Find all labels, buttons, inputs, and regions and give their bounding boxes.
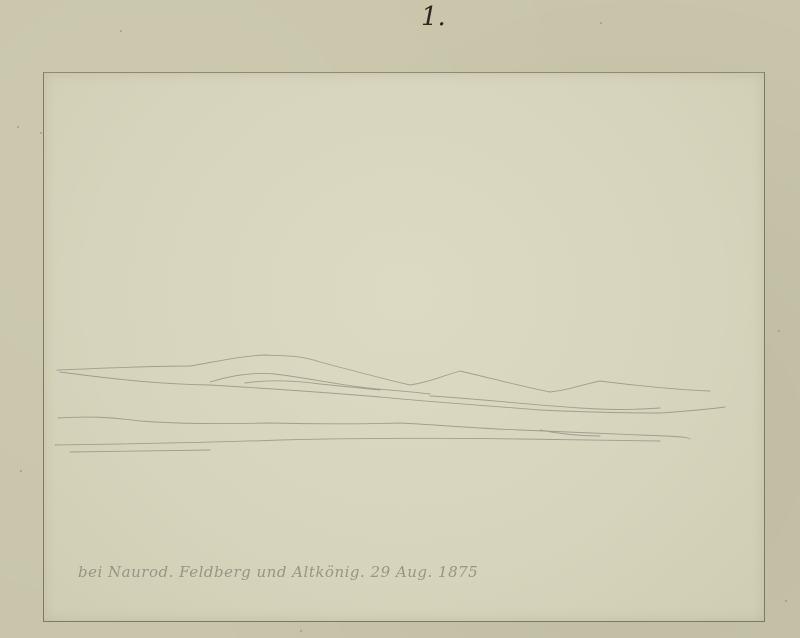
ridge-line (57, 355, 710, 392)
hill-line (430, 396, 660, 410)
foreground-line (55, 438, 660, 445)
hill-line (60, 372, 725, 413)
landscape-sketch (0, 0, 800, 638)
foreground-line (70, 450, 210, 452)
inscription: bei Naurod. Feldberg und Altkönig. 29 Au… (78, 563, 478, 581)
